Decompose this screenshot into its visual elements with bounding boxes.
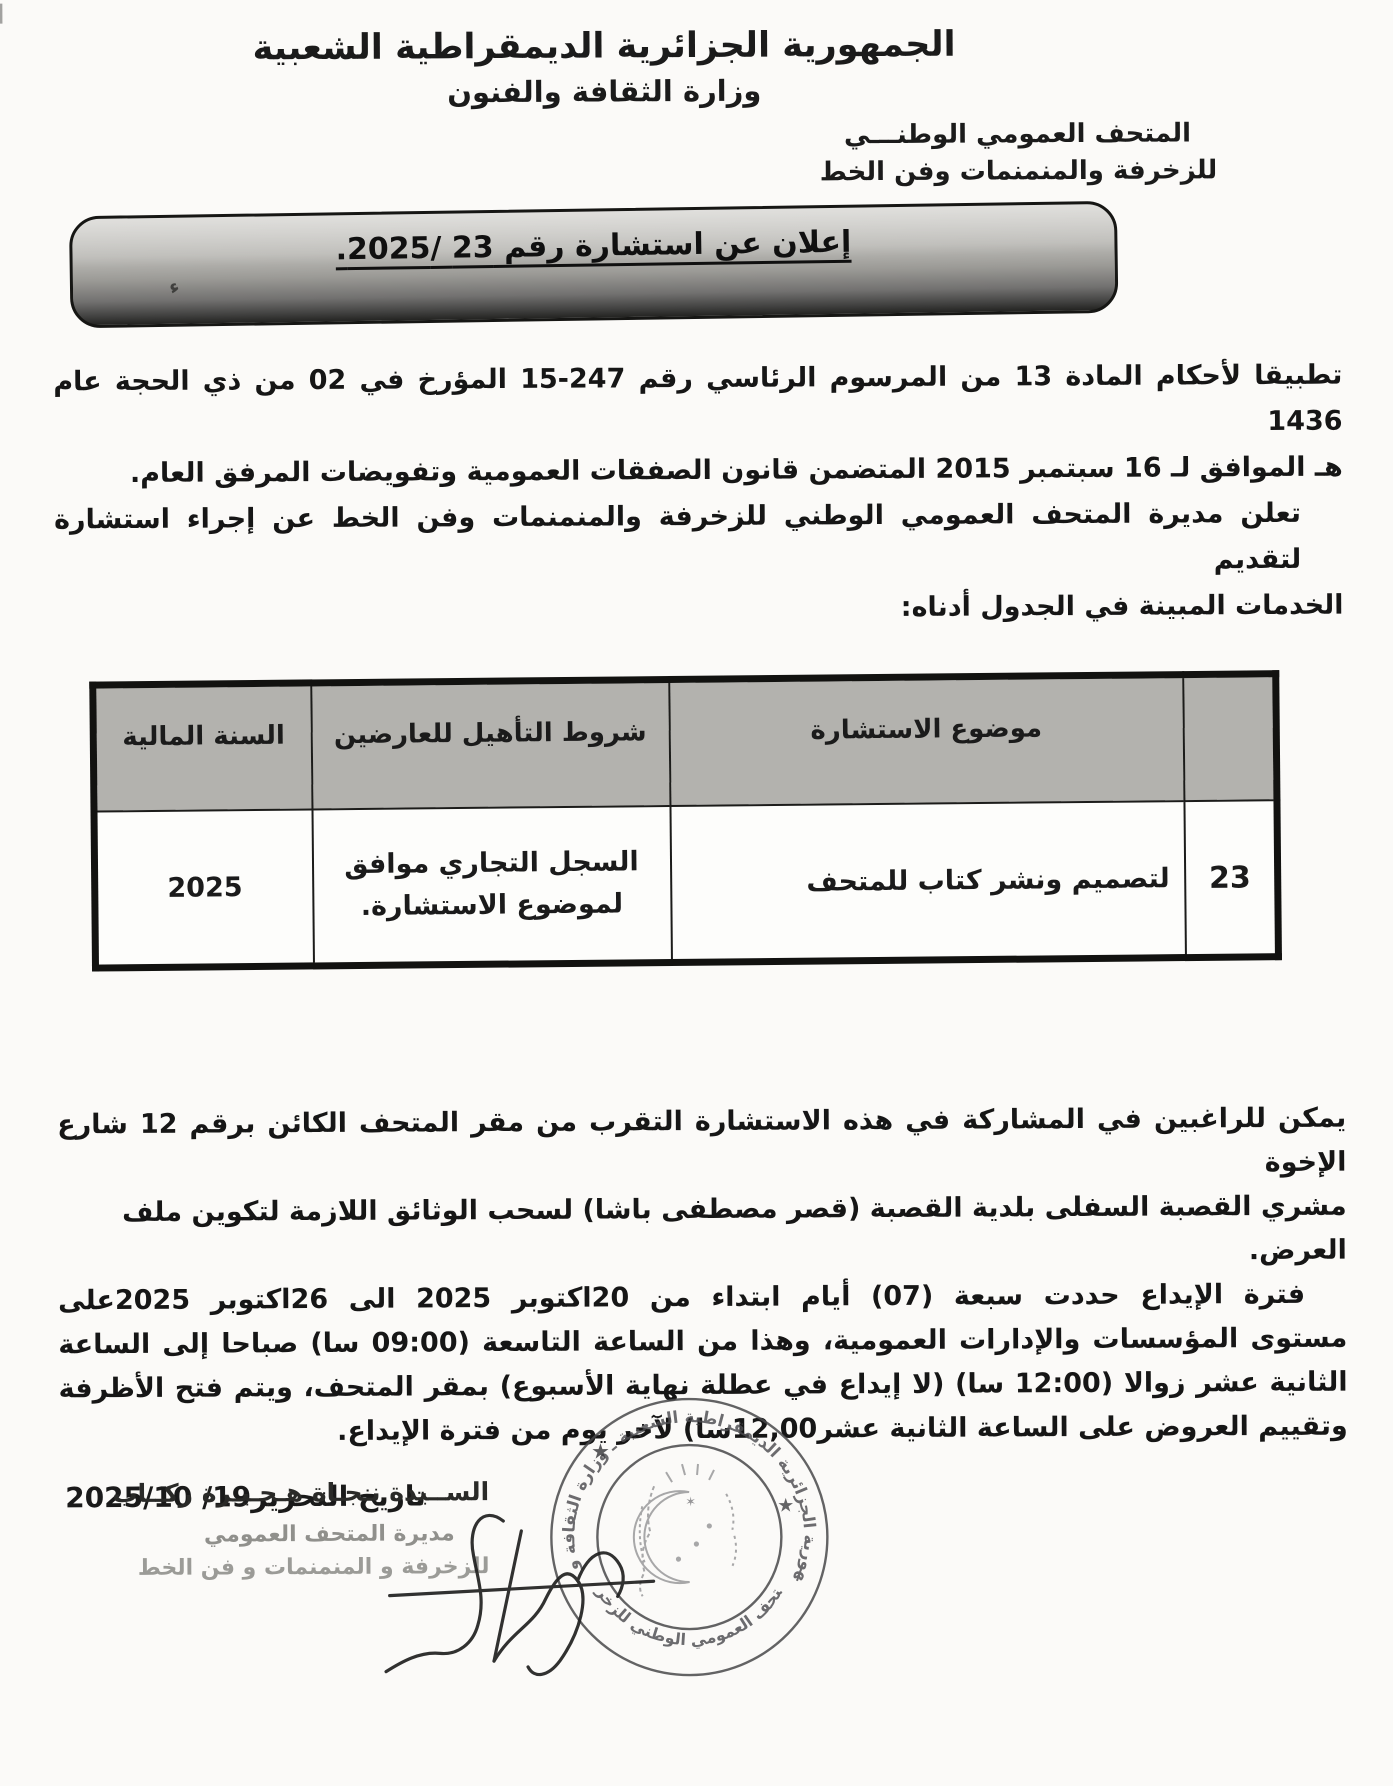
text-line: مشري القصبة السفلى بلدية القصبة (قصر مصط…: [58, 1185, 1347, 1280]
stamp-star-icon: ★: [591, 1439, 610, 1463]
table-header-row: موضوع الاستشارة شروط التأهيل للعارضين ال…: [93, 674, 1277, 812]
handwritten-mark: ء: [166, 275, 182, 299]
text-line: هـ الموافق لـ 16 سبتمبر 2015 المتضمن قان…: [54, 445, 1343, 498]
ministry-title: وزارة الثقافة والفنون: [0, 71, 1301, 112]
cell-number: 23: [1184, 800, 1278, 957]
consultation-table-wrap: موضوع الاستشارة شروط التأهيل للعارضين ال…: [0, 670, 1282, 972]
table-row: 23 لتصميم ونشر كتاب للمتحف السجل التجاري…: [94, 800, 1278, 968]
text-line: فترة الإيداع حددت سبعة (07) أيام ابتداء …: [58, 1273, 1347, 1324]
header-number: [1183, 674, 1277, 801]
text-line: الخدمات المبينة في الجدول أدناه:: [54, 583, 1343, 636]
consultation-table: موضوع الاستشارة شروط التأهيل للعارضين ال…: [89, 670, 1282, 971]
cell-fiscal-year: 2025: [94, 809, 313, 968]
header-subject: موضوع الاستشارة: [669, 675, 1184, 806]
announcement-banner: إعلان عن استشارة رقم 23 /2025. ء: [69, 201, 1119, 329]
header-conditions: شروط التأهيل للعارضين: [311, 680, 670, 810]
museum-name-line2: للزخرفة والمنمنمات وفن الخط: [0, 152, 1217, 195]
announcement-title: إعلان عن استشارة رقم 23 /2025.: [335, 225, 851, 268]
intro-paragraph: تطبيقا لأحكام المادة 13 من المرسوم الرئا…: [0, 352, 1392, 635]
stamp-star-icon: ★: [777, 1494, 794, 1516]
text-line: يمكن للراغبين في المشاركة في هذه الاستشا…: [57, 1097, 1346, 1192]
text-line: مستوى المؤسسات والإدارات العمومية، وهذا …: [58, 1317, 1347, 1368]
cell-conditions: السجل التجاري موافق لموضوع الاستشارة.: [312, 806, 671, 966]
handwritten-signature: [371, 1500, 712, 1697]
cell-subject: لتصميم ونشر كتاب للمتحف: [670, 801, 1185, 962]
republic-title: الجمهورية الجزائرية الديمقراطية الشعبية: [0, 0, 1301, 70]
document-content: الجمهورية الجزائرية الديمقراطية الشعبية …: [0, 0, 1393, 1786]
text-line: تعلن مديرة المتحف العمومي الوطني للزخرفة…: [54, 491, 1343, 590]
scanned-document-page: الجمهورية الجزائرية الديمقراطية الشعبية …: [0, 0, 1393, 1786]
signature-underline: [390, 1581, 654, 1595]
museum-header: المتحف العمومي الوطنـــي للزخرفة والمنمن…: [0, 114, 1389, 195]
museum-name-line1: المتحف العمومي الوطنـــي: [0, 115, 1217, 158]
text-line: تطبيقا لأحكام المادة 13 من المرسوم الرئا…: [53, 353, 1342, 452]
header-fiscal-year: السنة المالية: [93, 683, 312, 812]
